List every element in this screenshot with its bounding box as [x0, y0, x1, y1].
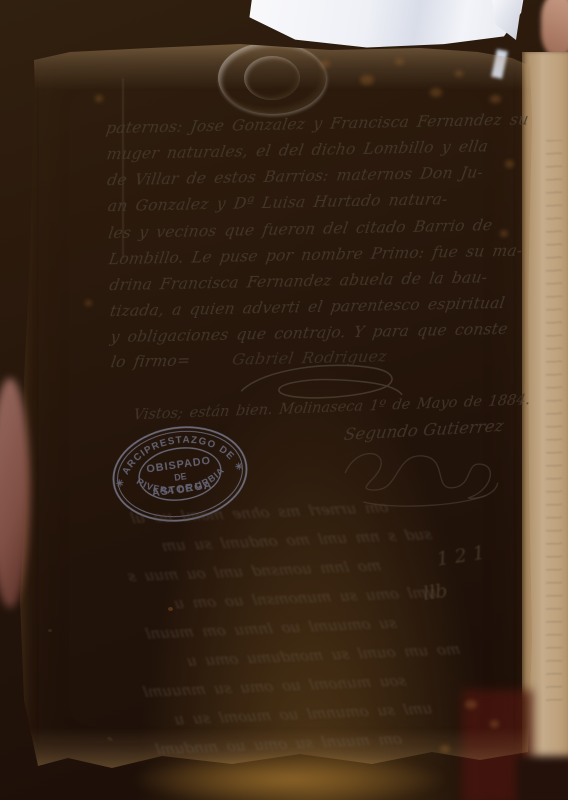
manuscript-line: paternos: Jose Gonzalez y Francisca Fern… [105, 112, 543, 137]
manuscript-line: Lombillo. Le puse por nombre Primo: fue … [108, 243, 546, 268]
stamp-star-right-icon: ✳ [234, 461, 243, 472]
parish-stamp: ARCIPRESTAZGO DE RIVERA DE URBIA OBISPAD… [102, 414, 259, 533]
manuscript-line: les y vecinos que fueron del citado Barr… [107, 217, 545, 242]
table-glow [130, 752, 450, 800]
manuscript-line: an Gonzalez y Dª Luisa Hurtado natura- [107, 190, 545, 215]
stamp-star-left-icon: ✳ [115, 478, 124, 489]
white-sheet [238, 0, 524, 52]
closing-prefix: lo firmo= [110, 352, 192, 372]
manuscript-line: muger naturales, el del dicho Lombillo y… [105, 138, 543, 163]
stamp-center-line2: DE [174, 471, 188, 483]
inspector-rubric [335, 441, 506, 515]
document-page: om urnerl ms ohne moml uo ul sud s nm um… [16, 38, 536, 780]
manuscript-line: de Villar de estos Barrios: maternos Don… [106, 164, 544, 189]
manuscript-line: y obligaciones que contrajo. Y para que … [109, 321, 547, 346]
hand [541, 0, 568, 56]
photo-frame: om urnerl ms ohne moml uo ul sud s nm um… [0, 0, 568, 800]
manuscript-line: drina Francisca Fernandez abuela de la b… [108, 269, 546, 294]
shadow [516, 756, 568, 800]
adjacent-page-ghost-text [546, 140, 562, 710]
manuscript-text: paternos: Jose Gonzalez y Francisca Fern… [8, 33, 543, 786]
inspector-signature: Segundo Gutierrez [343, 418, 505, 443]
stamp-center-line3: ASTORGA [151, 479, 213, 499]
manuscript-line: tizada, a quien adverti el parentesco es… [109, 295, 547, 320]
